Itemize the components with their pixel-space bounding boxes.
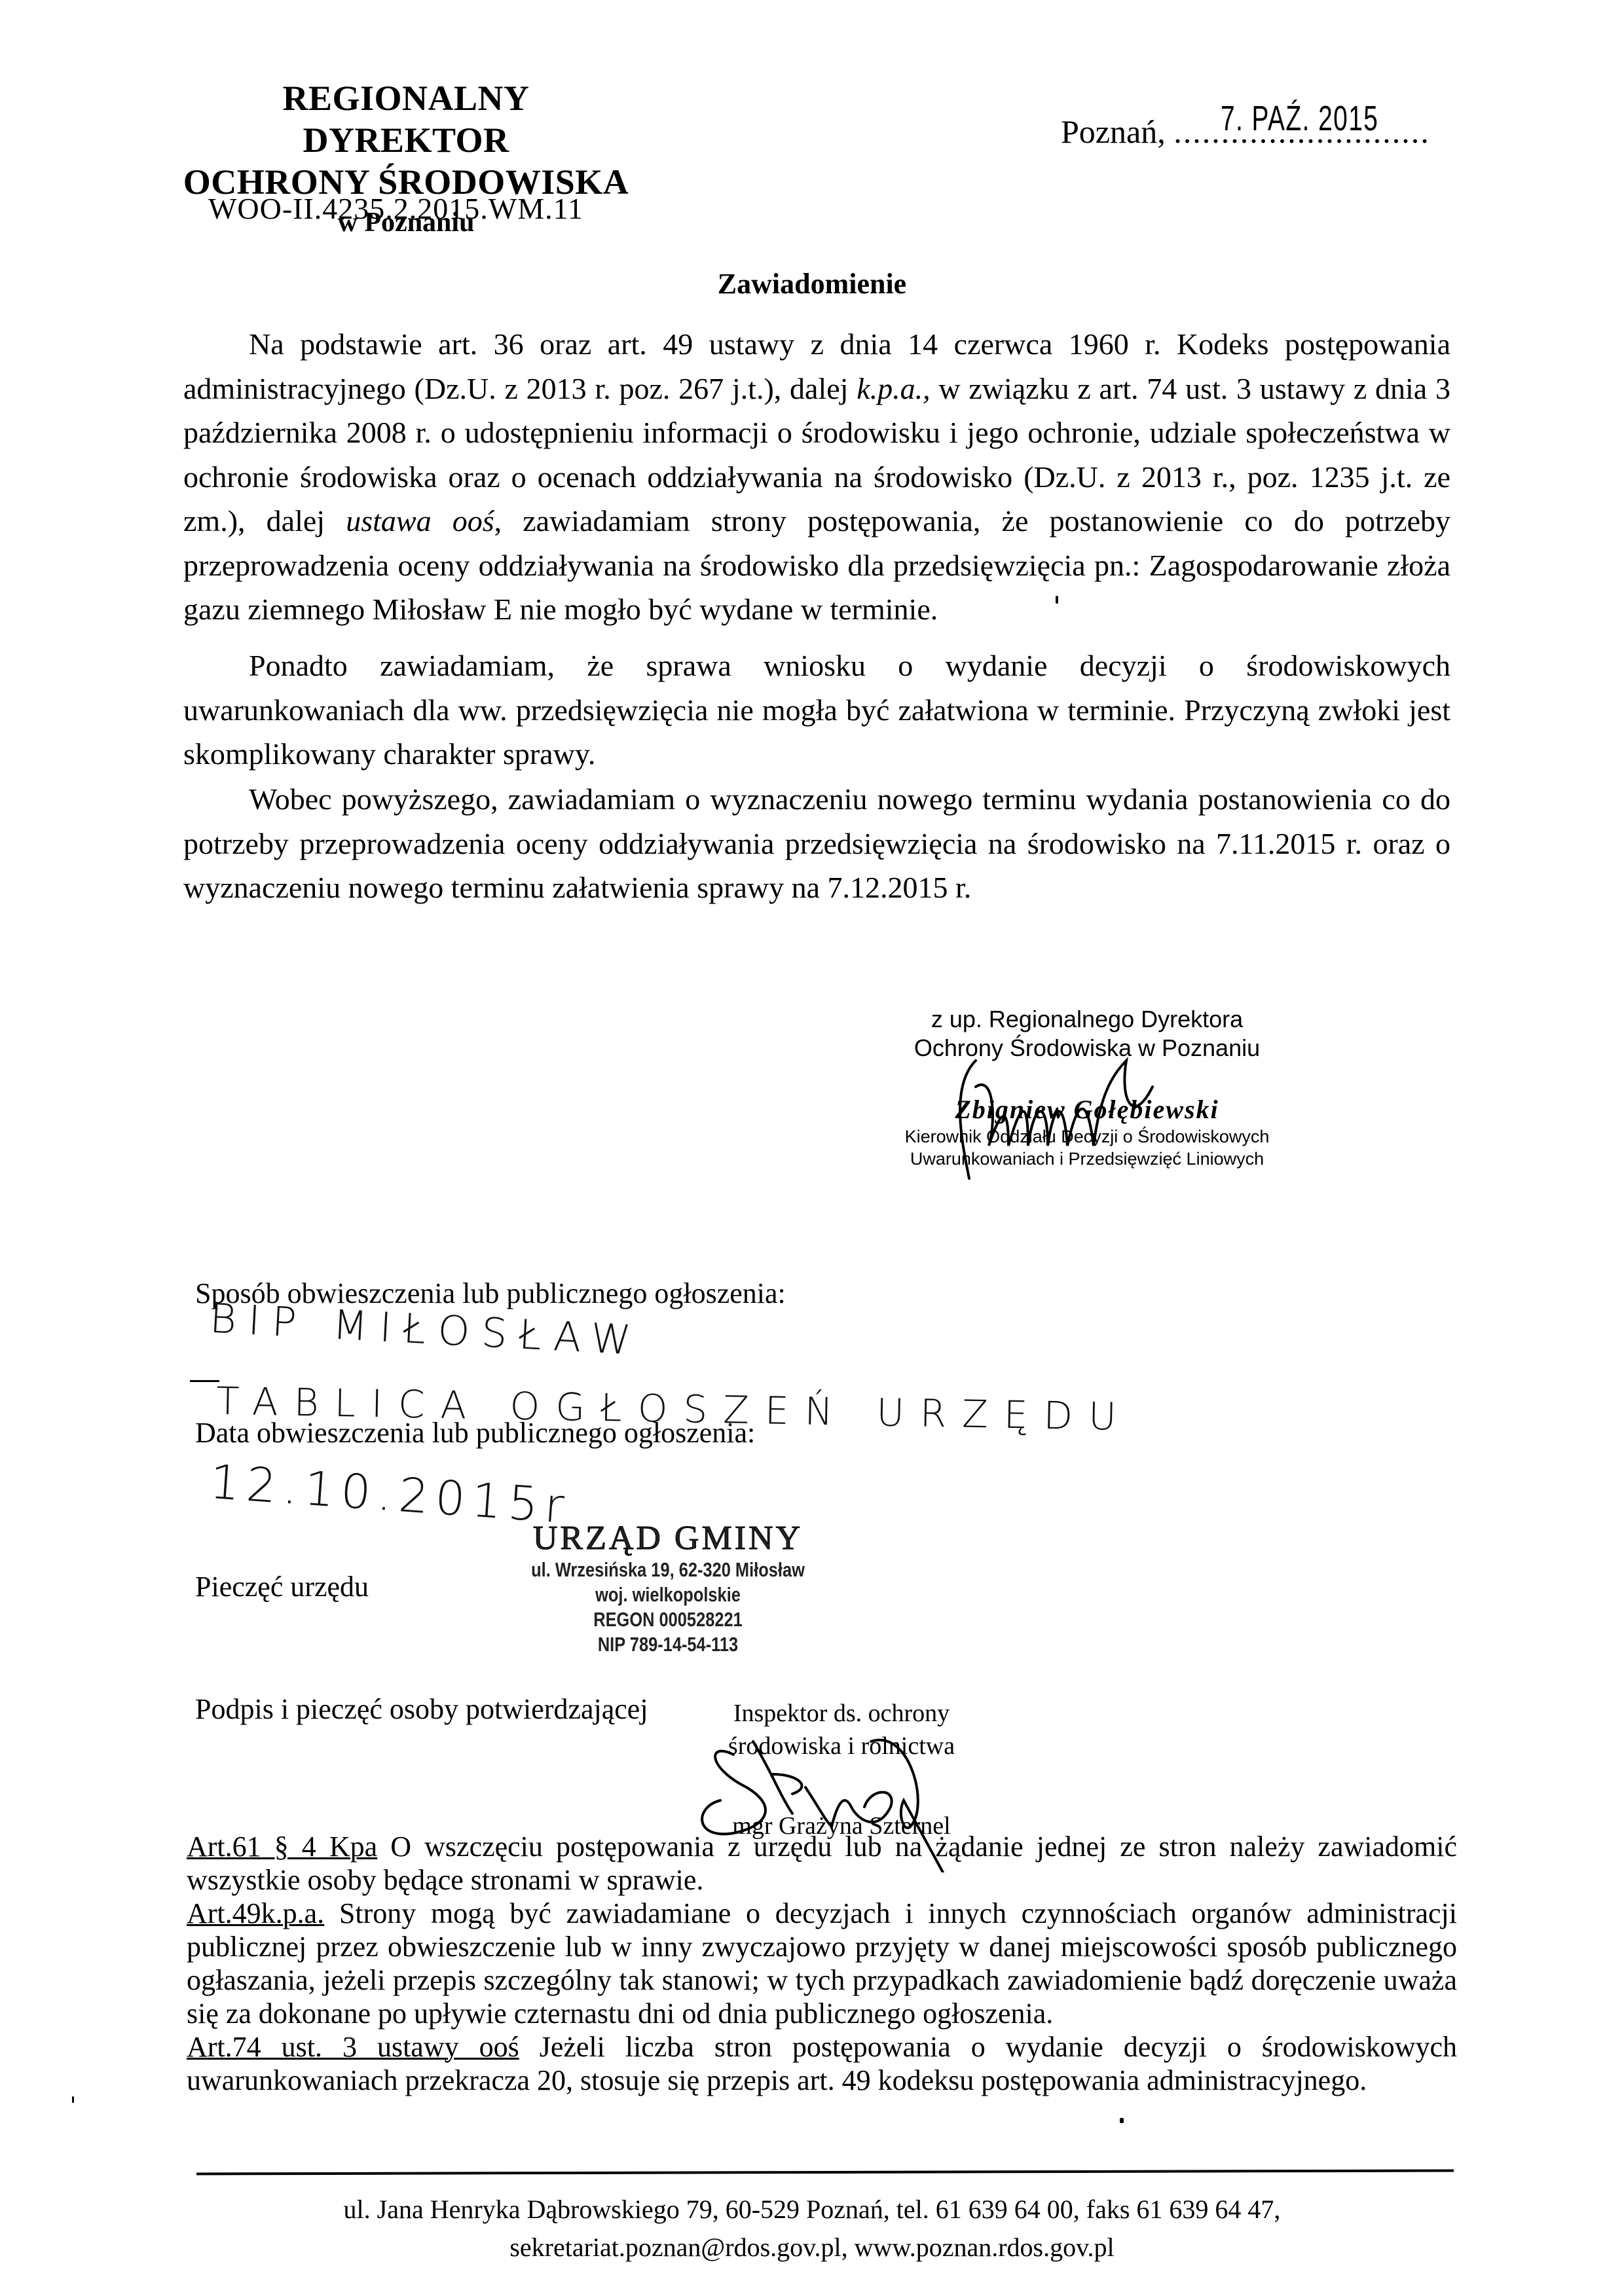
note-text: O wszczęciu postępowania z urzędu lub na…	[187, 1831, 1457, 1896]
inspector-stamp: Inspektor ds. ochrony środowiska i rolni…	[704, 1697, 979, 1842]
note-art49: Art.49k.p.a. Strony mogą być zawiadamian…	[187, 1897, 1457, 2030]
office-stamp-nip: NIP 789-14-54-113	[517, 1632, 818, 1657]
date-stamp: 7. PAŹ. 2015	[1221, 98, 1378, 139]
note-ref: Art.74 ust. 3 ustawy ooś	[187, 2031, 519, 2063]
oos-abbrev: ustawa ooś	[346, 504, 494, 538]
office-stamp-region: woj. wielkopolskie	[517, 1582, 818, 1607]
note-art61: Art.61 § 4 Kpa O wszczęciu postępowania …	[187, 1830, 1457, 1897]
signature-line-1: z up. Regionalnego Dyrektora	[864, 1005, 1310, 1034]
place: Poznań,	[1061, 113, 1166, 150]
note-text: Strony mogą być zawiadamiane o decyzjach…	[187, 1897, 1457, 2030]
paragraph-3: Wobec powyższego, zawiadamiam o wyznacze…	[183, 777, 1450, 910]
place-and-date: Poznań, ........................... 7. P…	[1061, 113, 1430, 151]
handwritten-stroke	[190, 1380, 219, 1382]
inspector-line-1: Inspektor ds. ochrony	[704, 1697, 979, 1730]
footer: ul. Jana Henryka Dąbrowskiego 79, 60-529…	[0, 2191, 1624, 2267]
confirmation-label: Podpis i pieczęć osoby potwierdzającej	[195, 1692, 648, 1726]
reference-number: WOO-II.4235.2.2015.WM.11	[208, 191, 583, 226]
footer-divider	[196, 2169, 1454, 2175]
legal-notes: Art.61 § 4 Kpa O wszczęciu postępowania …	[187, 1830, 1457, 2097]
note-ref: Art.61 § 4 Kpa	[187, 1831, 377, 1863]
office-stamp-title: URZĄD GMINY	[485, 1519, 851, 1558]
document-title: Zawiadomienie	[0, 267, 1624, 301]
signatory-position-2: Uwarunkowaniach i Przedsięwzięć Liniowyc…	[864, 1148, 1310, 1170]
announcement-date-label: Data obwieszczenia lub publicznego ogłos…	[195, 1416, 755, 1449]
signatory-position-1: Kierownik Oddziału Decyzji o Środowiskow…	[864, 1125, 1310, 1148]
seal-label: Pieczęć urzędu	[195, 1570, 369, 1603]
note-art74: Art.74 ust. 3 ustawy ooś Jeżeli liczba s…	[187, 2030, 1457, 2097]
inspector-line-2: środowiska i rolnictwa	[704, 1730, 979, 1762]
p2-text: Ponadto zawiadamiam, że sprawa wniosku o…	[183, 644, 1450, 776]
office-stamp: URZĄD GMINY ul. Wrzesińska 19, 62-320 Mi…	[485, 1519, 851, 1657]
footer-contact: sekretariat.poznan@rdos.gov.pl, www.pozn…	[0, 2229, 1624, 2267]
p3-text: Wobec powyższego, zawiadamiam o wyznacze…	[183, 777, 1450, 910]
paragraph-1: Na podstawie art. 36 oraz art. 49 ustawy…	[183, 322, 1450, 632]
office-stamp-regon: REGON 000528221	[517, 1607, 818, 1632]
scan-speck	[72, 2096, 74, 2103]
signature-line-2: Ochrony Środowiska w Poznaniu	[864, 1034, 1310, 1063]
authority-line-1: REGIONALNY DYREKTOR	[177, 77, 635, 161]
office-stamp-address: ul. Wrzesińska 19, 62-320 Miłosław	[517, 1558, 818, 1582]
kpa-abbrev: k.p.a.,	[857, 372, 930, 405]
scan-speck	[1056, 596, 1058, 604]
footer-address: ul. Jana Henryka Dąbrowskiego 79, 60-529…	[0, 2191, 1624, 2229]
signatory-name: Zbigniew Gołębiewski	[864, 1094, 1310, 1125]
scan-speck	[1120, 2118, 1124, 2123]
paragraph-2: Ponadto zawiadamiam, że sprawa wniosku o…	[183, 644, 1450, 776]
signature-block: z up. Regionalnego Dyrektora Ochrony Śro…	[864, 1005, 1310, 1170]
note-ref: Art.49k.p.a.	[187, 1897, 324, 1929]
